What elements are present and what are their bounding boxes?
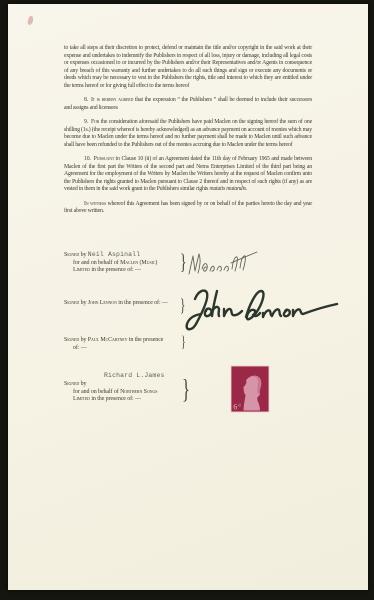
clause-8-number: 8. [84,97,88,103]
presence-label: in the presence of: — [117,300,168,306]
john-lennon-signature [183,278,346,336]
signed-label: Signed [64,337,79,343]
clause-9-text: the consideration aforesaid the Publishe… [64,119,312,148]
presence-label: in the presence [127,337,163,343]
neil-aspinall-signature [185,247,265,279]
mccartney-brace: } [181,335,186,351]
clause-10-lead: Pursuant [94,156,115,162]
witness-clause: In witness whereof this Agreement has be… [64,201,312,216]
maclen-signature-block: Signed by Neil Aspinall for and on behal… [64,251,157,275]
mccartney-name: Paul McCartney [88,337,128,343]
postage-stamp: 6 d [230,365,270,413]
signed-label: Signed [64,300,79,306]
maclen-typed-name: Neil Aspinall [88,251,140,258]
body-text: to take all steps at their discretion to… [64,45,312,223]
presence-label: in the presence of: — [90,267,141,273]
document-page: to take all steps at their discretion to… [8,4,368,590]
clause-9: 9.For the consideration aforesaid the Pu… [64,119,312,149]
clause-7-text: to take all steps at their discretion to… [64,45,312,89]
lennon-signature-block: Signed by John Lennon in the presence of… [64,300,168,308]
clause-8-lead: It is hereby agreed [91,97,133,103]
behalf-label: for and on behalf of [73,389,120,395]
mccartney-signed-by-line: Signed by Paul McCartney in the presence [64,337,163,345]
clause-7-continuation: to take all steps at their discretion to… [64,45,312,90]
northern-brace: } [182,376,190,403]
northern-signed-by-line: Signed by [64,381,165,389]
clause-10-number: 10. [84,156,91,162]
clause-10-latin-phrase: mutatis mutandis [209,186,246,192]
maclen-presence-line: Limited in the presence of: — [73,267,157,275]
red-ink-smudge [27,15,35,25]
of-label: of: — [73,345,87,351]
mccartney-presence-line2: of: — [73,345,163,353]
clause-8: 8.It is hereby agreed that the expressio… [64,97,312,112]
witness-lead: In witness [84,201,106,207]
clause-9-lead: For [91,119,99,125]
northern-presence-line: Limited in the presence of: — [73,396,165,404]
lennon-signature-strokes [187,291,337,330]
clause-10: 10.Pursuant to Clause 10 (ii) of an Agre… [64,156,312,194]
signed-label: Signed [64,381,79,387]
northern-typed-name: Richard L.James [104,372,165,379]
by-label: by [79,337,88,343]
mccartney-signature-block: Signed by Paul McCartney in the presence… [64,337,163,352]
maclen-company-name: Maclen (Music) [120,260,157,266]
lennon-signed-by-line: Signed by John Lennon in the presence of… [64,300,168,308]
presence-label: in the presence of: — [90,396,141,402]
photo-background: to take all steps at their discretion to… [0,0,374,600]
behalf-label: for and on behalf of [73,260,120,266]
lennon-name: John Lennon [88,300,117,306]
by-label: by [79,300,88,306]
northern-signature-block: Richard L.James Signed by for and on beh… [64,372,165,404]
limited-label: Limited [73,267,90,273]
clause-9-number: 9. [84,119,88,125]
signed-label: Signed [64,252,79,258]
by-label: by [79,252,88,258]
northern-typed-name-line: Richard L.James [104,372,165,381]
northern-company-name: Northern Songs [120,389,157,395]
aspinall-signature-strokes [189,252,257,274]
maclen-signed-by-line: Signed by Neil Aspinall [64,251,157,260]
by-label: by [79,381,86,387]
limited-label: Limited [73,396,90,402]
stamp-value: 6 [233,403,237,412]
clause-10-period: . [246,186,247,192]
